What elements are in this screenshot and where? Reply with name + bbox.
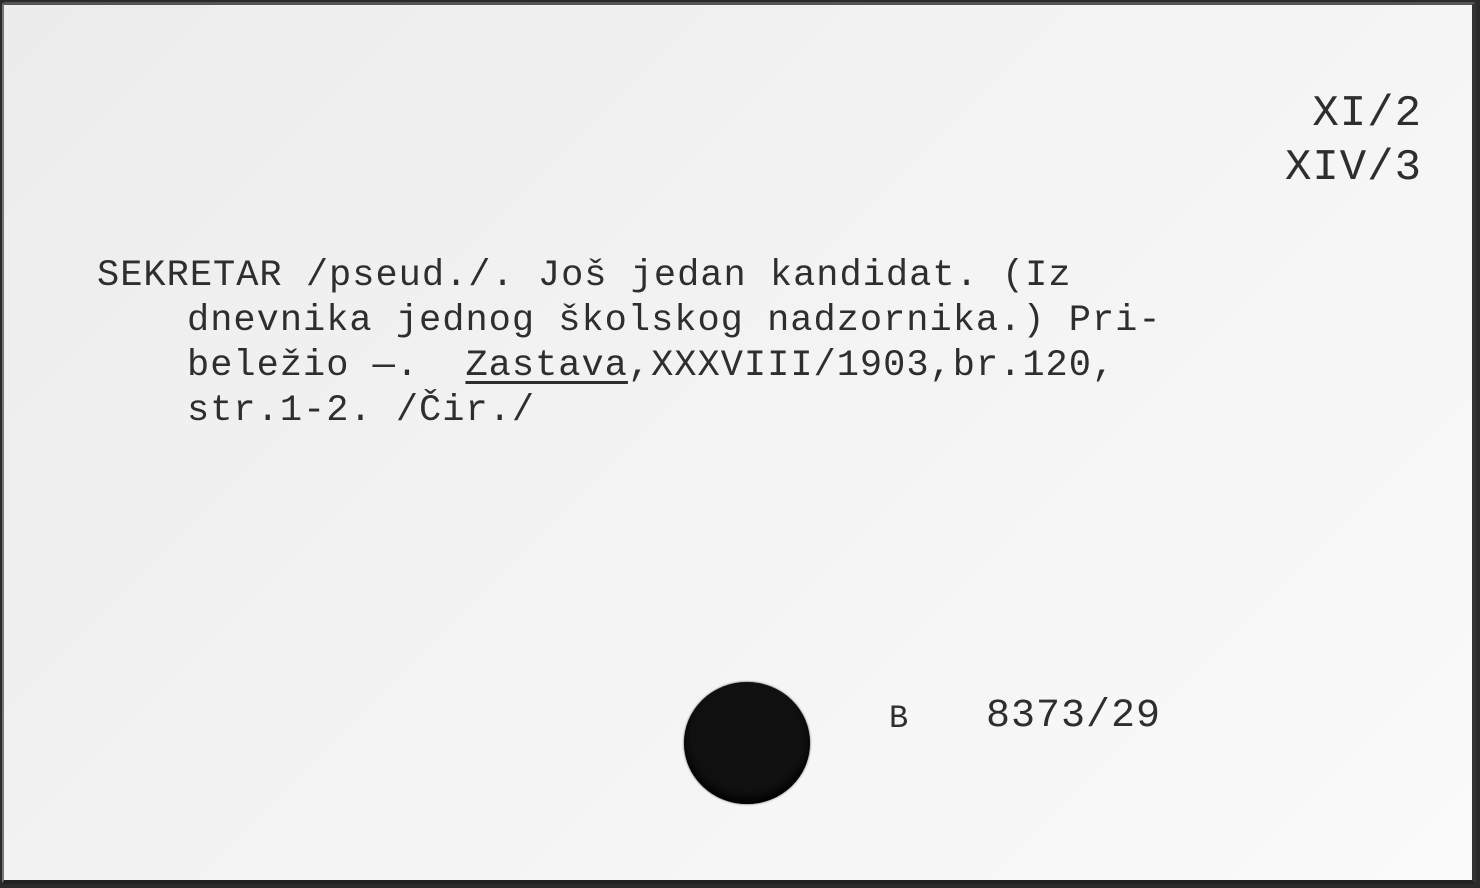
entry-source-journal: Zastava xyxy=(465,345,627,387)
entry-line-subtitle: dnevnika jednog školskog nadzornika.) Pr… xyxy=(187,299,1162,343)
catalog-card: XI/2 XIV/3 SEKRETAR /pseud./. Još jedan … xyxy=(2,2,1476,884)
accession-number: 8373/29 xyxy=(986,695,1161,739)
punch-hole-icon xyxy=(684,682,810,804)
entry-line-author-title: SEKRETAR /pseud./. Još jedan kandidat. (… xyxy=(97,254,1072,298)
entry-source-details: ,XXXVIII/1903,br.120, xyxy=(628,345,1115,387)
call-number-secondary: XIV/3 xyxy=(1285,145,1422,191)
accession-prefix: B xyxy=(889,697,909,741)
entry-line-pages-script: str.1-2. /Čir./ xyxy=(187,389,535,433)
entry-line-source: beležio —. Zastava,XXXVIII/1903,br.120, xyxy=(187,344,1115,388)
call-number-primary: XI/2 xyxy=(1312,91,1422,137)
entry-source-prefix: beležio —. xyxy=(187,345,465,387)
